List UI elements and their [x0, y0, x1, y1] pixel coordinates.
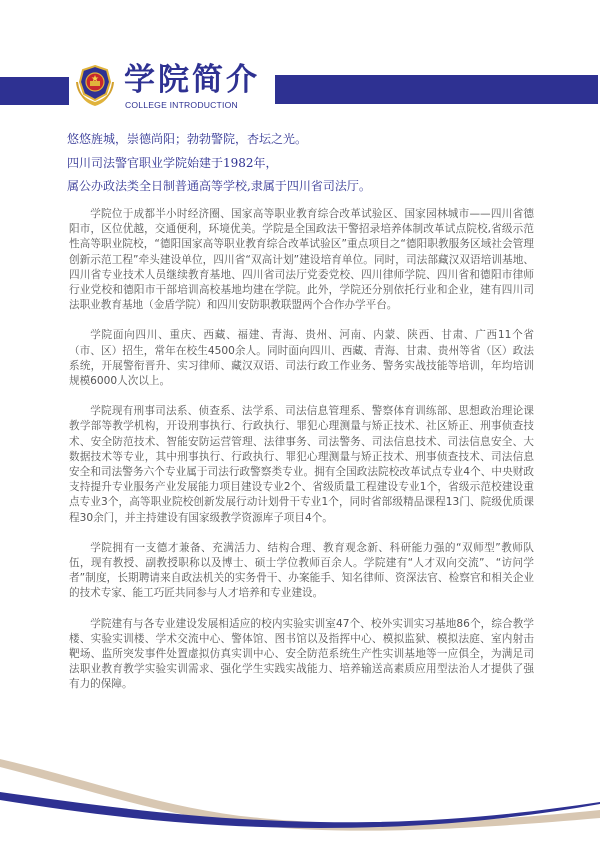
paragraph-location: 学院位于成都半小时经济圈、国家高等职业教育综合改革试验区、国家园林城市——四川省… [69, 207, 534, 313]
paragraph-departments: 学院现有刑事司法系、侦查系、法学系、司法信息管理系、警察体育训练部、思想政治理论… [69, 404, 534, 526]
body-text: 学院位于成都半小时经济圈、国家高等职业教育综合改革试验区、国家园林城市——四川省… [69, 207, 534, 708]
header-bar-right [275, 75, 598, 104]
paragraph-facilities: 学院建有与各专业建设发展相适应的校内实验实训室47个、校外实训实习基地86个，综… [69, 617, 534, 693]
intro-line: 悠悠旌城，崇德尚阳；勃勃警院，杏坛之光。 [67, 128, 547, 152]
footer-swoosh-decoration [0, 740, 600, 862]
paragraph-faculty: 学院拥有一支德才兼备、充满活力、结构合理、教育观念新、科研能力强的“双师型”教师… [69, 541, 534, 602]
police-badge-icon [74, 64, 116, 108]
intro-line: 属公办政法类全日制普通高等学校,隶属于四川省司法厅。 [67, 175, 547, 199]
paragraph-enrollment: 学院面向四川、重庆、西藏、福建、青海、贵州、河南、内蒙、陕西、甘肃、广西11个省… [69, 328, 534, 389]
header-bar-left [0, 77, 69, 105]
page-subtitle-english: COLLEGE INTRODUCTION [125, 100, 238, 110]
intro-block: 悠悠旌城，崇德尚阳；勃勃警院，杏坛之光。 四川司法警官职业学院始建于1982年，… [67, 128, 547, 199]
page-title: 学院简介 [124, 62, 260, 98]
intro-line: 四川司法警官职业学院始建于1982年， [67, 152, 547, 176]
